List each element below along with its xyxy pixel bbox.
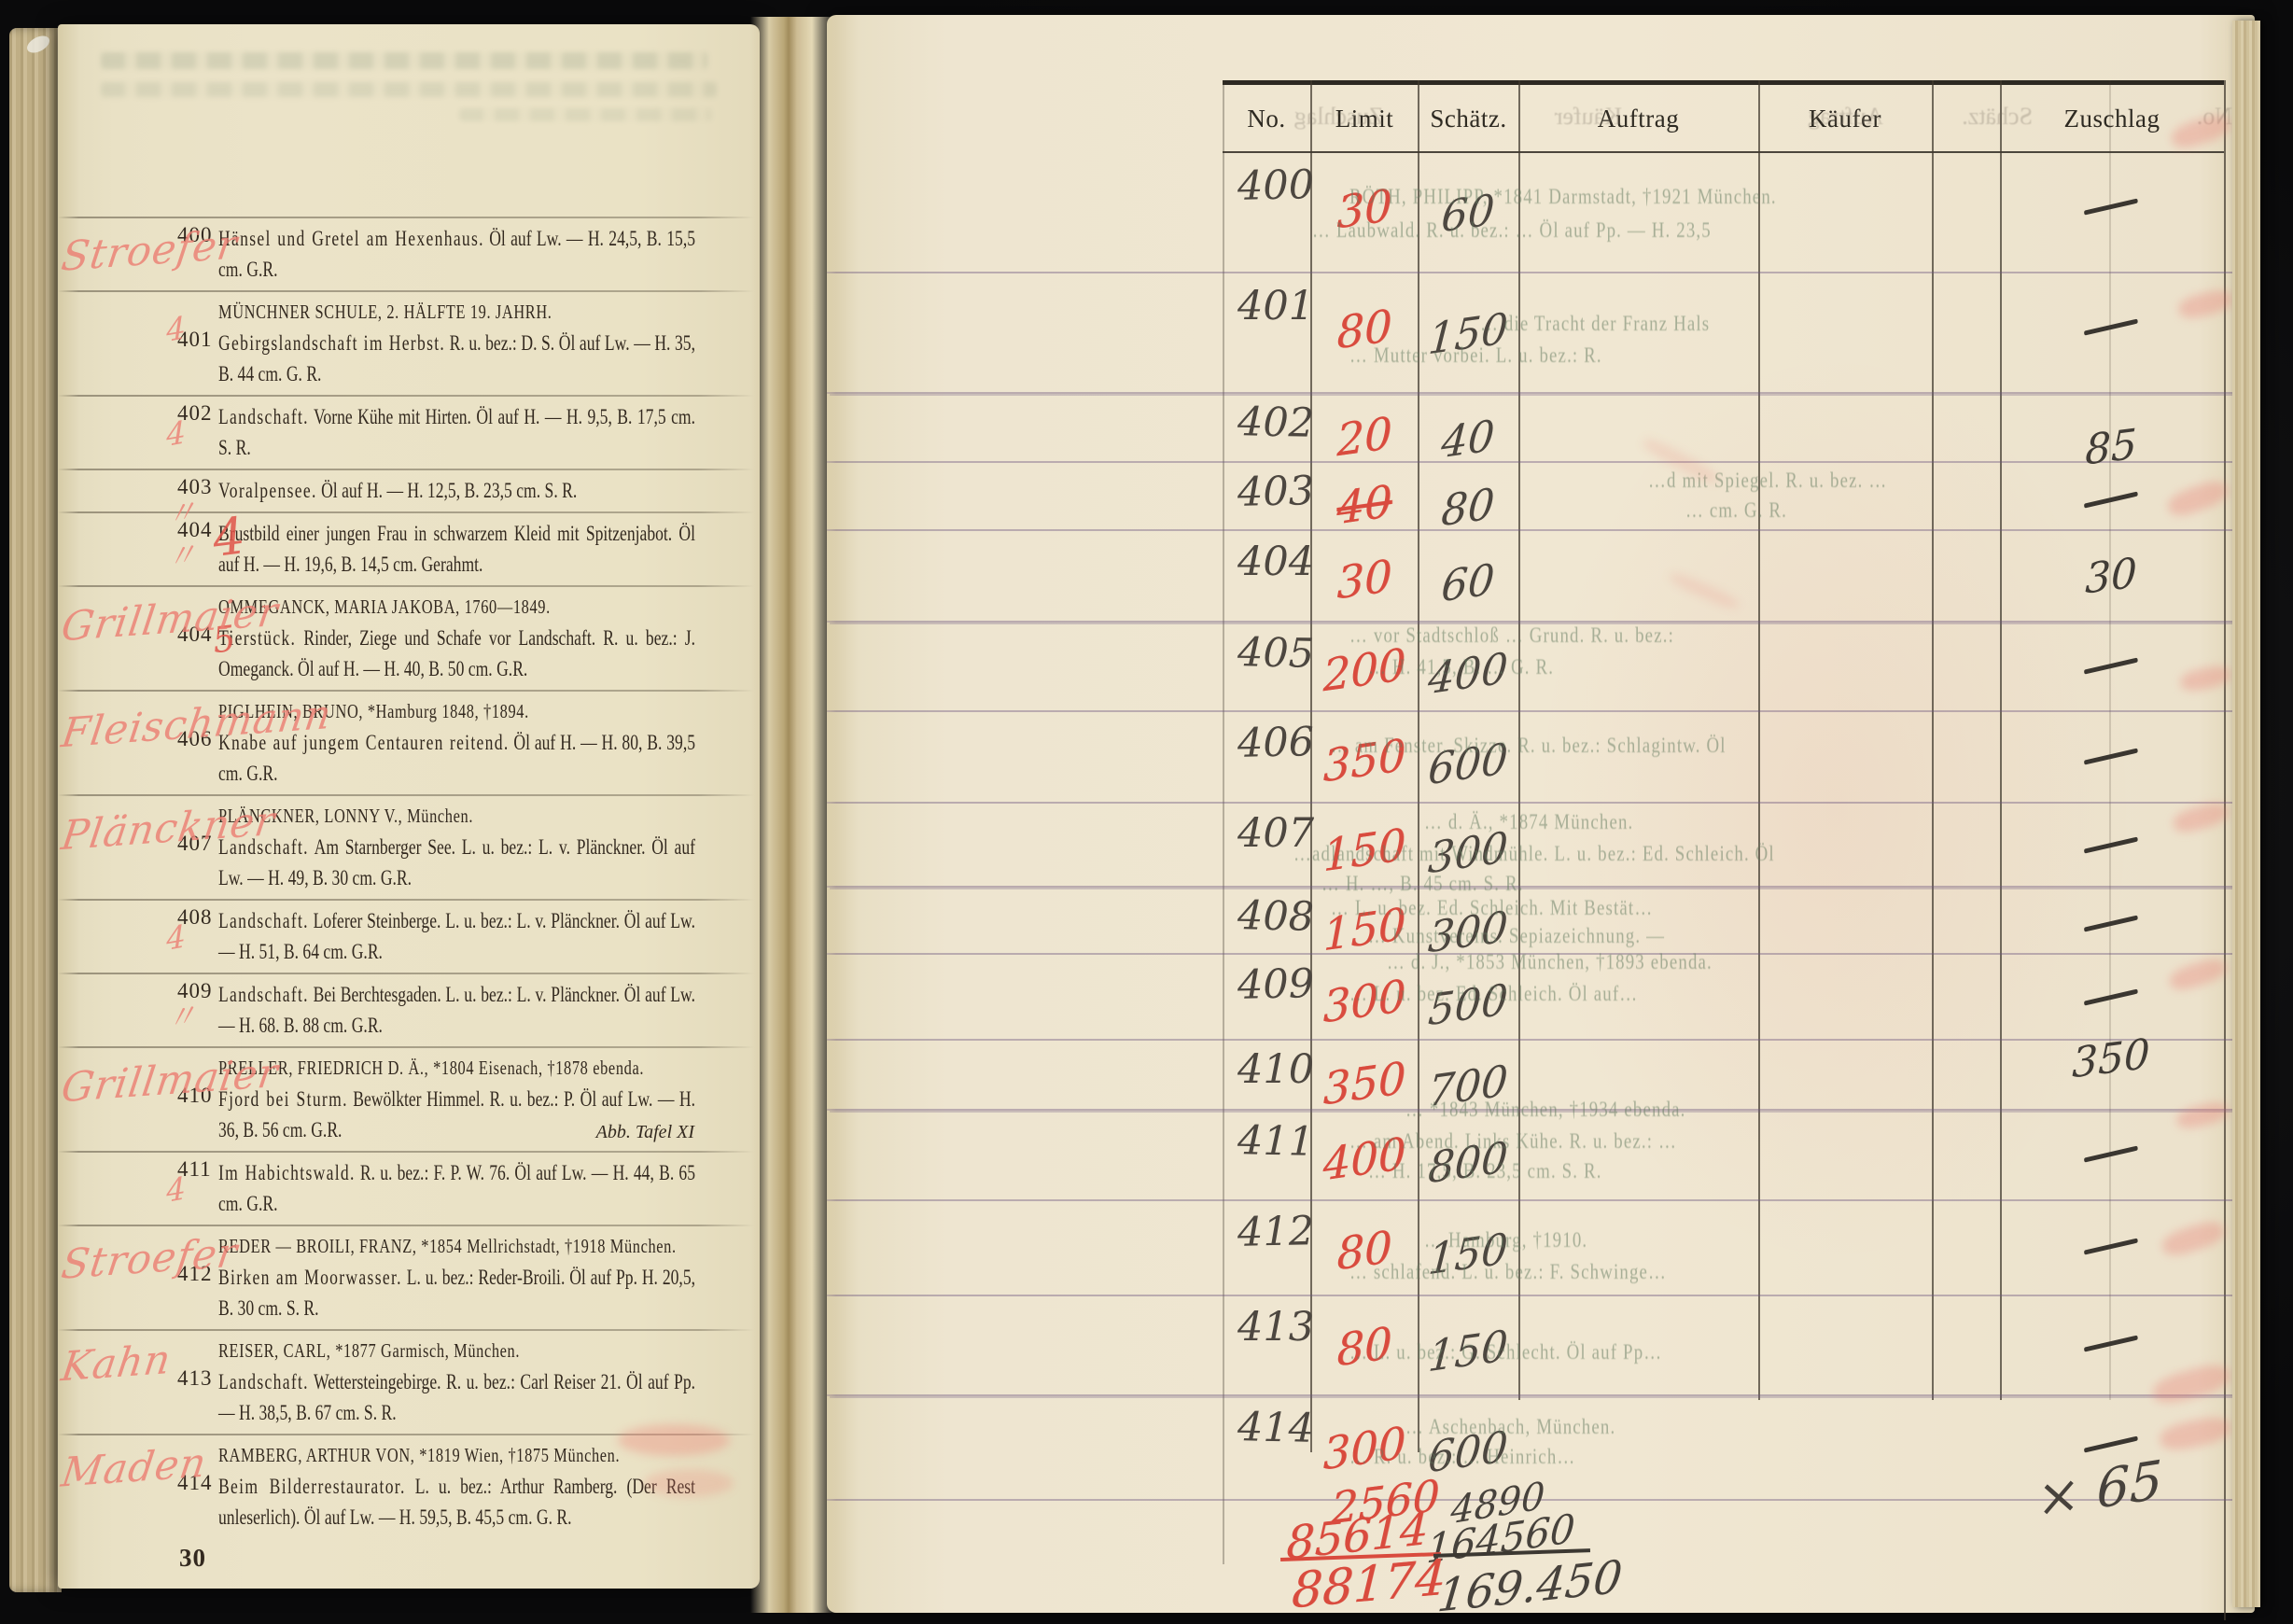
lot-description: Voralpensee. Öl auf H. — H. 12,5, B. 23,… xyxy=(218,475,695,506)
lot-title: Landschaft. xyxy=(218,983,309,1006)
zuschlag-dash xyxy=(2084,1436,2138,1453)
ledger-row: 406350600 xyxy=(827,712,2255,804)
zuschlag-dash xyxy=(2084,198,2138,215)
cell-lot-no: 404 xyxy=(1237,539,1312,585)
artist-header: MÜNCHNER SCHULE, 2. HÄLFTE 19. JAHRH. xyxy=(218,297,598,328)
bleedthrough-text: … H. 41,5, B. … G. R. xyxy=(1368,655,1554,679)
column-header-schaetz: Schätz. xyxy=(1419,105,1518,133)
lot-description: Hänsel und Gretel am Hexenhaus. Öl auf L… xyxy=(218,223,695,285)
ledger-row: 4034080 xyxy=(827,463,2255,531)
lot-title: Gebirgslandschaft im Herbst. xyxy=(218,331,445,355)
bleedthrough-smudge xyxy=(101,82,717,97)
bleedthrough-text: … Hamburg, †1910. xyxy=(1424,1228,1587,1253)
faint-red-scribble xyxy=(644,1469,734,1497)
lot-description: Birken am Moorwasser. L. u. bez.: Reder-… xyxy=(218,1262,695,1323)
cell-zuschlag: 30 xyxy=(2027,542,2195,610)
lot-number: 413 xyxy=(177,1366,213,1391)
ledger-row: 411400800 xyxy=(827,1111,2255,1201)
bleedthrough-text: … L. u. bez. Ed. Schleich. Öl auf… xyxy=(1349,982,1638,1006)
bleedthrough-smudge xyxy=(101,52,707,69)
mirrored-header-ghost: Zuschlag xyxy=(1243,103,1383,131)
mirrored-header-ghost: Auftrag xyxy=(1766,103,1883,131)
lot-title: Landschaft. xyxy=(218,1370,309,1393)
faint-red-scribble xyxy=(618,1424,730,1456)
lot-title: Landschaft. xyxy=(218,909,309,932)
zuschlag-dash xyxy=(2084,837,2138,854)
lot-description: Brustbild einer jungen Frau in schwarzem… xyxy=(218,518,695,580)
catalog-entry: 403Voralpensee. Öl auf H. — H. 12,5, B. … xyxy=(58,469,760,511)
lot-description: Im Habichtswald. R. u. bez.: F. P. W. 76… xyxy=(218,1157,695,1219)
cell-limit: 40 xyxy=(1311,472,1419,539)
artist-header: REISER, CARL, *1877 Garmisch, München. xyxy=(218,1336,598,1366)
bleedthrough-text: … d. J., *1853 München, †1893 ebenda. xyxy=(1387,950,1713,974)
catalog-entry: 400Hänsel und Gretel am Hexenhaus. Öl au… xyxy=(58,217,760,290)
ledger-row: 4003060 xyxy=(827,153,2255,273)
margin-annotation: Stroefer xyxy=(59,1229,241,1289)
bleedthrough-text: … L. u. bez. Ed. Schleich. Mit Bestät… xyxy=(1331,896,1653,920)
bleedthrough-text: … schlafend. L. u. bez.: F. Schwinge… xyxy=(1349,1260,1667,1284)
ledger-page-right: No. Limit Schätz. Auftrag Käufer Zuschla… xyxy=(827,15,2255,1613)
catalog-entry: 409Landschaft. Bei Berchtesgaden. L. u. … xyxy=(58,973,760,1046)
cell-zuschlag xyxy=(2028,1128,2195,1167)
cell-schaetz: 80 xyxy=(1418,475,1519,539)
artist-header: REDER — BROILI, FRANZ, *1854 Mellrichsta… xyxy=(218,1231,598,1262)
catalog-entry: PRELLER, FRIEDRICH D. Ä., *1804 Eisenach… xyxy=(58,1046,760,1151)
lot-title: Beim Bilderrestaurator. xyxy=(218,1475,406,1498)
cell-zuschlag xyxy=(2028,1318,2195,1356)
mirrored-header-ghost: Käufer xyxy=(1519,103,1622,131)
margin-annotation: 〃 xyxy=(165,529,197,579)
zuschlag-dash xyxy=(2084,988,2138,1005)
cell-limit: 350 xyxy=(1311,1051,1419,1118)
page-number: 30 xyxy=(179,1544,206,1573)
cell-lot-no: 414 xyxy=(1237,1404,1312,1452)
bleedthrough-text: … L. u. bez.: G. Schlecht. Öl auf Pp… xyxy=(1349,1340,1662,1365)
artist-header: RAMBERG, ARTHUR VON, *1819 Wien, †1875 M… xyxy=(218,1440,598,1471)
margin-annotation: 4 xyxy=(165,1169,186,1210)
bleedthrough-text: RÖTH, PHILIPP, *1841 Darmstadt, †1921 Mü… xyxy=(1349,185,1777,209)
bleedthrough-text: … Aschenbach, München. xyxy=(1405,1415,1615,1439)
catalog-entry: 402Landschaft. Vorne Kühe mit Hirten. Öl… xyxy=(58,395,760,469)
cell-lot-no: 412 xyxy=(1237,1208,1312,1256)
auction-catalog-spread: 400Hänsel und Gretel am Hexenhaus. Öl au… xyxy=(0,0,2293,1624)
page-stack-edge xyxy=(2232,21,2260,1607)
table-top-border xyxy=(1223,80,2224,85)
catalog-page-left: 400Hänsel und Gretel am Hexenhaus. Öl au… xyxy=(58,24,760,1589)
lot-description: Landschaft. Am Starnberger See. L. u. be… xyxy=(218,832,695,893)
plate-reference: Abb. Tafel XI xyxy=(596,1122,694,1143)
cell-lot-no: 410 xyxy=(1237,1046,1312,1093)
red-number-correction: 4 xyxy=(209,506,248,568)
catalog-entry: PLÄNCKNER, LONNY V., München.407Landscha… xyxy=(58,794,760,899)
bleedthrough-text: … Mutter vorbei. L. u. bez.: R. xyxy=(1349,343,1602,368)
cell-lot-no: 409 xyxy=(1237,960,1312,1009)
lot-description: Tierstück. Rinder, Ziege und Schafe vor … xyxy=(218,623,695,684)
cell-lot-no: 408 xyxy=(1237,892,1312,941)
cell-schaetz: 60 xyxy=(1418,551,1519,615)
book-gutter xyxy=(750,17,836,1613)
bleedthrough-text: … die Tracht der Franz Hals xyxy=(1480,312,1710,336)
margin-annotation: 4 xyxy=(165,413,186,454)
lot-details: Öl auf H. — H. 12,5, B. 23,5 cm. S. R. xyxy=(317,479,578,502)
lot-description: Beim Bilderrestaurator. L. u. bez.: Arth… xyxy=(218,1471,695,1533)
cell-lot-no: 413 xyxy=(1237,1304,1312,1351)
cell-lot-no: 406 xyxy=(1237,719,1312,767)
catalog-entry: REISER, CARL, *1877 Garmisch, München.41… xyxy=(58,1329,760,1434)
cell-lot-no: 411 xyxy=(1237,1117,1312,1166)
cell-lot-no: 402 xyxy=(1237,399,1312,447)
zuschlag-dash xyxy=(2084,491,2138,508)
lot-description: Landschaft. Bei Berchtesgaden. L. u. bez… xyxy=(218,979,695,1041)
cell-limit: 20 xyxy=(1311,403,1419,470)
margin-annotation: 〃 xyxy=(165,990,197,1040)
margin-annotation: Stroefer xyxy=(59,221,241,281)
cell-limit: 30 xyxy=(1311,547,1419,614)
ledger-row: 402204085 xyxy=(827,394,2255,463)
catalog-entry: 408Landschaft. Loferer Steinberge. L. u.… xyxy=(58,899,760,973)
bleedthrough-text: … d. Ä., *1874 München. xyxy=(1424,810,1633,834)
catalog-entry: MÜNCHNER SCHULE, 2. HÄLFTE 19. JAHRH.401… xyxy=(58,290,760,395)
bleedthrough-text: … am Fenster. Skizze. R. u. bez.: Schlag… xyxy=(1331,734,1727,758)
cell-zuschlag xyxy=(2028,731,2195,769)
bleedthrough-text: …d mit Spiegel. R. u. bez. … xyxy=(1648,469,1887,493)
zuschlag-dash xyxy=(2084,1239,2138,1255)
bleedthrough-text: …adlandschaft mit Windmühle. L. u. bez.:… xyxy=(1293,842,1775,866)
cell-lot-no: 401 xyxy=(1237,283,1312,329)
catalog-entry: REDER — BROILI, FRANZ, *1854 Mellrichsta… xyxy=(58,1225,760,1329)
catalog-entry: PIGLHEIN, BRUNO, *Hamburg 1848, †1894.40… xyxy=(58,690,760,794)
cell-zuschlag xyxy=(2028,181,2195,219)
zuschlag-dash xyxy=(2084,748,2138,764)
cell-schaetz: 40 xyxy=(1418,407,1519,471)
zuschlag-dash xyxy=(2084,658,2138,675)
bleedthrough-text: … H. …, B. 45 cm. S. R. xyxy=(1321,872,1524,896)
cell-zuschlag xyxy=(2028,898,2195,936)
lot-title: Hänsel und Gretel am Hexenhaus. xyxy=(218,227,484,250)
cell-zuschlag xyxy=(2028,640,2195,679)
lot-entry-list: 400Hänsel und Gretel am Hexenhaus. Öl au… xyxy=(58,217,760,1538)
lot-description: Gebirgslandschaft im Herbst. R. u. bez.:… xyxy=(218,328,695,389)
lot-title: Im Habichtswald. xyxy=(218,1161,356,1184)
zuschlag-dash xyxy=(2084,1335,2138,1351)
lot-description: Landschaft. Wettersteingebirge. R. u. be… xyxy=(218,1366,695,1428)
margin-annotation: 〃 xyxy=(165,486,197,536)
ledger-row: 404306030 xyxy=(827,531,2255,623)
cell-zuschlag xyxy=(2028,819,2195,858)
catalog-entry: 4044Brustbild einer jungen Frau in schwa… xyxy=(58,511,760,585)
bleedthrough-text: … Kunstvereins. Sepiazeichnung. — xyxy=(1368,924,1665,948)
zuschlag-dash xyxy=(2084,1146,2138,1163)
lot-description: Landschaft. Loferer Steinberge. L. u. be… xyxy=(218,905,695,967)
bleedthrough-text: … R. u. bez.: … Heinrich… xyxy=(1349,1445,1575,1469)
lot-title: Birken am Moorwasser. xyxy=(218,1266,402,1289)
zuschlag-dash xyxy=(2084,916,2138,932)
bleedthrough-text: … Laubwald. R. u. bez.: … Öl auf Pp. — H… xyxy=(1312,218,1712,243)
catalog-entry: OMMEGANCK, MARIA JAKOBA, 1760—1849.4045T… xyxy=(58,585,760,690)
mirrored-header-ghost: Schätz. xyxy=(1943,103,2033,131)
bleedthrough-smudge xyxy=(459,108,711,121)
lot-title: Landschaft. xyxy=(218,405,309,428)
bleedthrough-text: … H. 17,5, B. 23,5 cm. S. R. xyxy=(1368,1159,1602,1183)
bleedthrough-text: … am Abend. Links Kühe. R. u. bez.: … xyxy=(1349,1129,1677,1154)
bleedthrough-text: … vor Stadtschloß … Grund. R. u. bez.: xyxy=(1349,623,1674,648)
bleedthrough-text: … cm. G. R. xyxy=(1685,498,1787,523)
cell-lot-no: 405 xyxy=(1237,629,1312,678)
lot-description: Landschaft. Vorne Kühe mit Hirten. Öl au… xyxy=(218,401,695,463)
catalog-entry: 411Im Habichtswald. R. u. bez.: F. P. W.… xyxy=(58,1151,760,1225)
cell-zuschlag xyxy=(2028,301,2195,340)
margin-annotation: Kahn xyxy=(59,1337,175,1392)
cell-lot-no: 403 xyxy=(1237,468,1312,516)
book-spine-edge xyxy=(9,28,62,1592)
lot-title: Voralpensee. xyxy=(218,479,317,502)
zuschlag-dash xyxy=(2084,318,2138,335)
margin-annotation: 4 xyxy=(165,917,186,958)
margin-annotation: 4 xyxy=(165,309,186,349)
bleedthrough-text: … *1843 München, †1934 ebenda. xyxy=(1405,1098,1686,1122)
cell-lot-no: 400 xyxy=(1237,161,1312,210)
